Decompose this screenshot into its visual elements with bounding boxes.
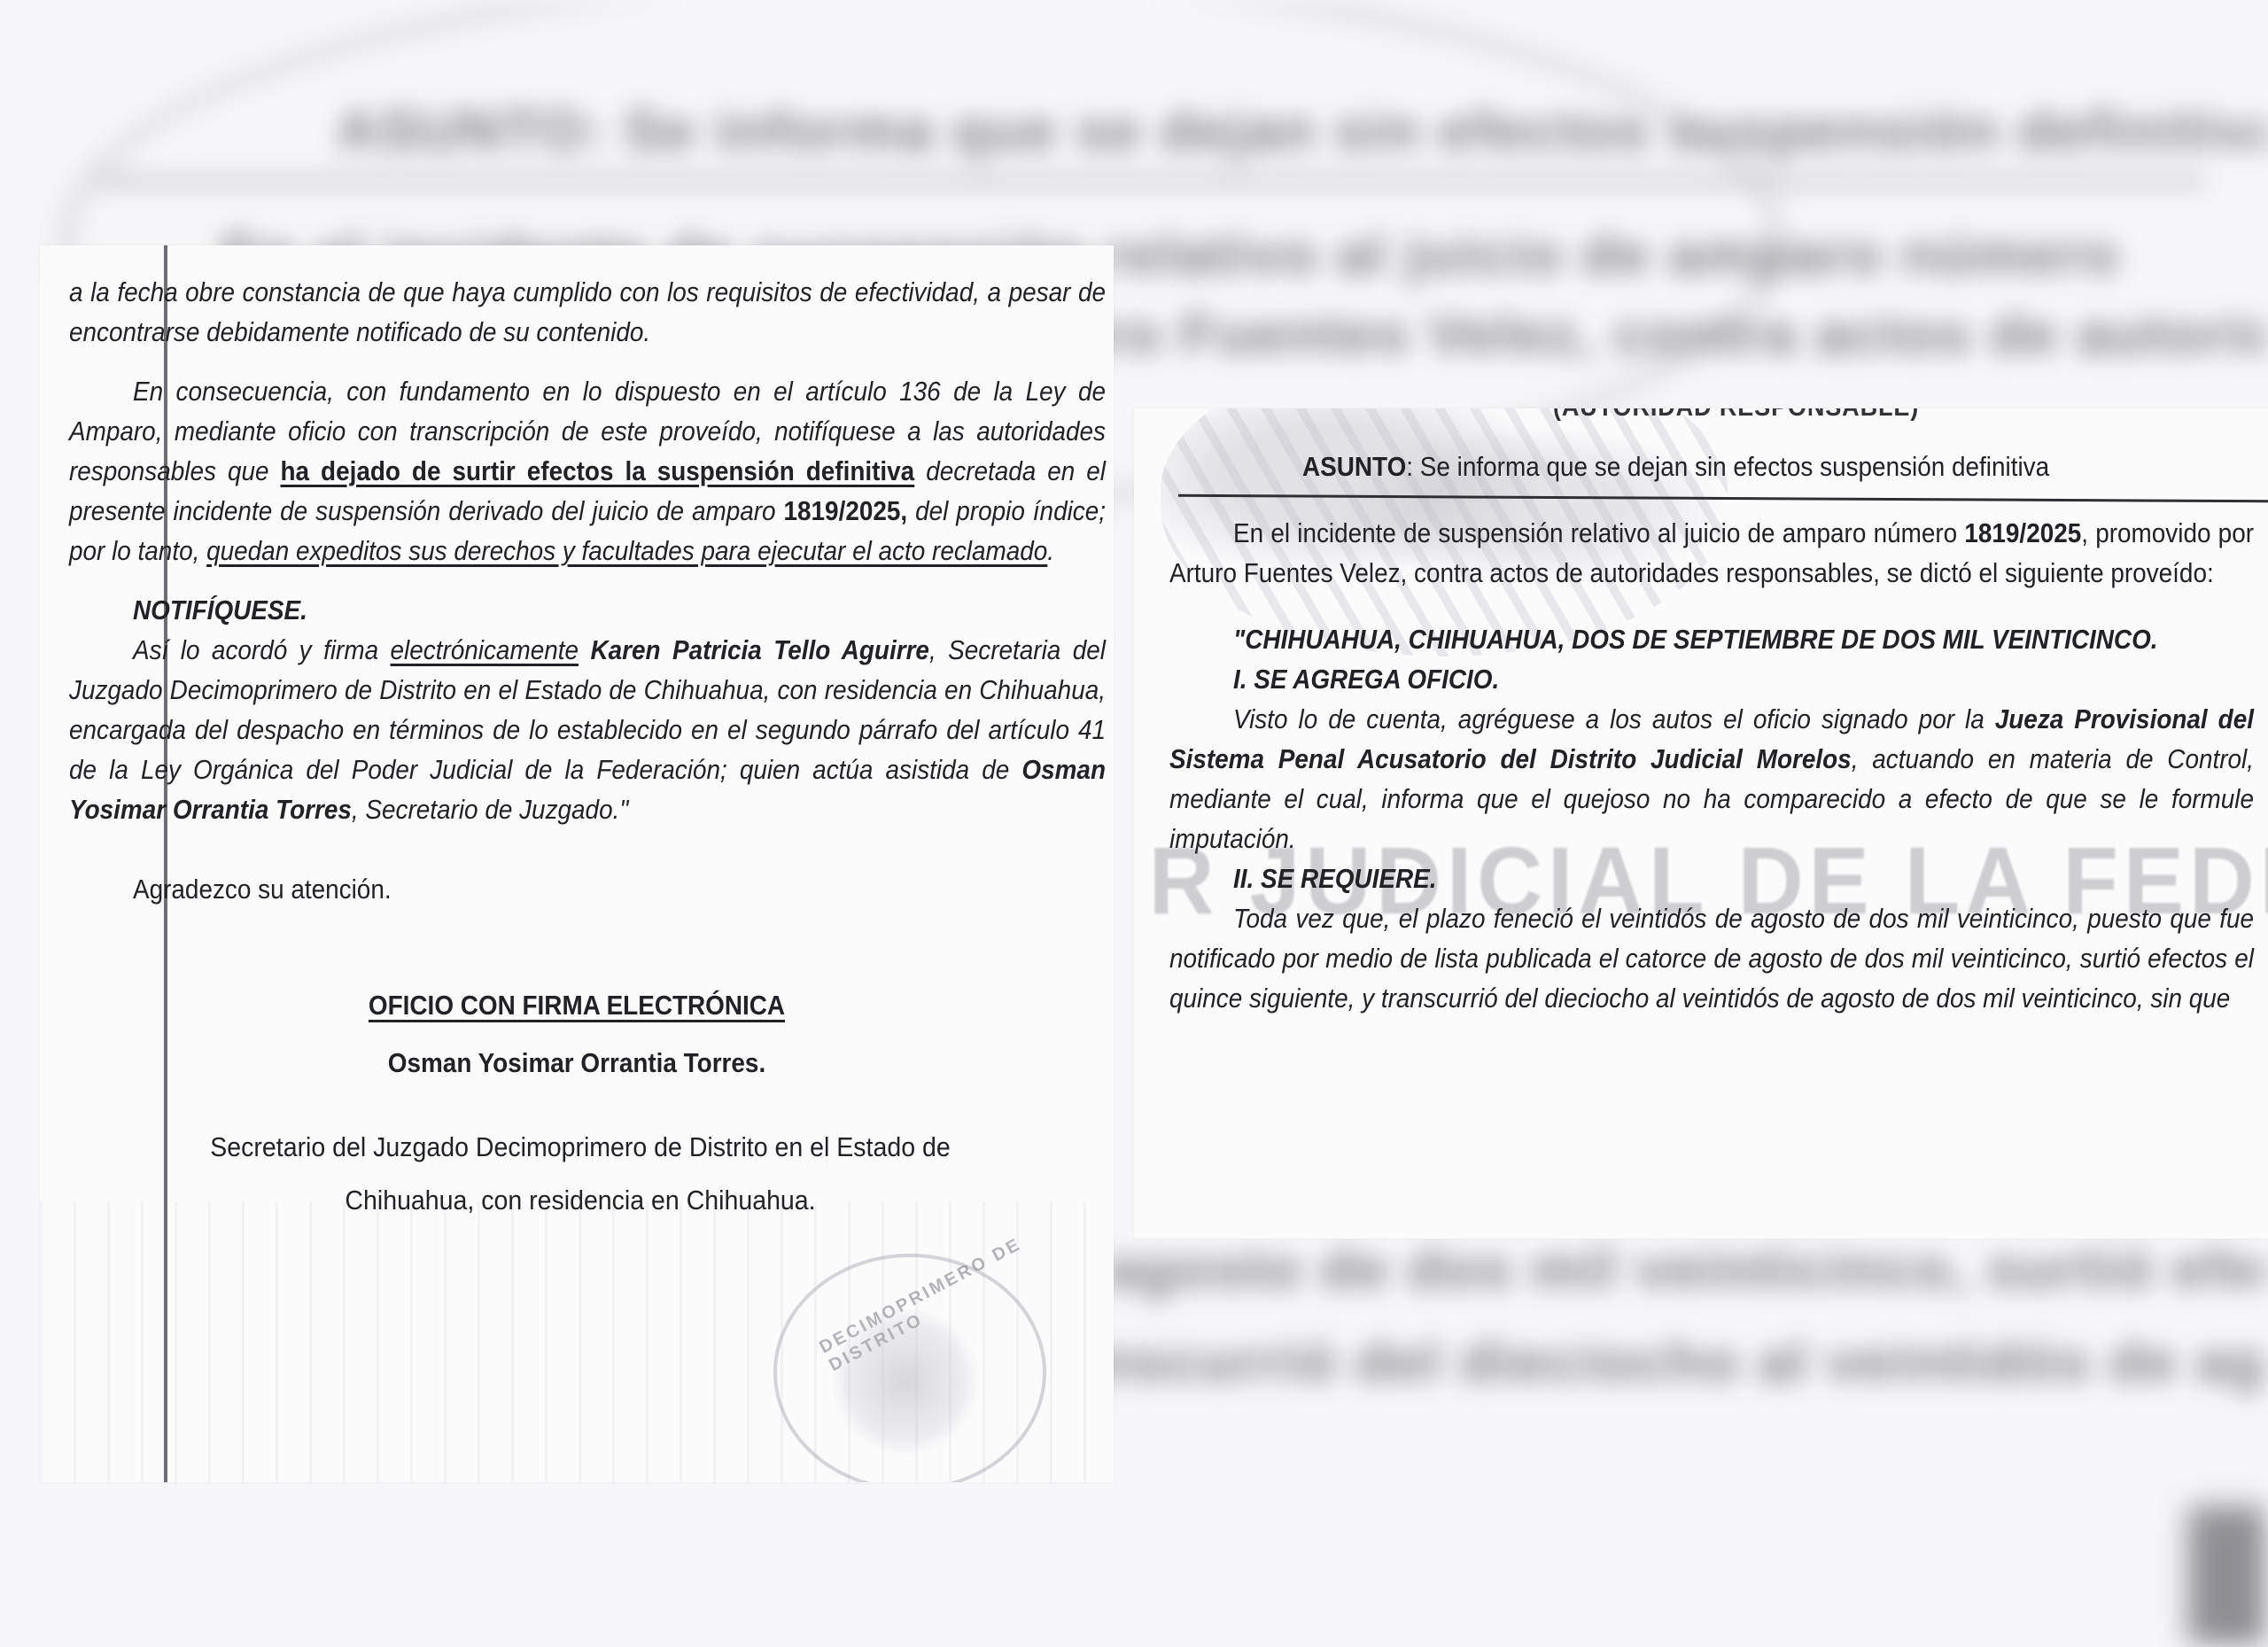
- highlight-derechos: quedan expeditos sus derechos y facultad…: [206, 535, 1047, 566]
- document-page-left: a la fecha obre constancia de que haya c…: [40, 245, 1114, 1482]
- paragraph-consecuencia: En consecuencia, con fundamento en lo di…: [69, 371, 1106, 571]
- signatory-role: Secretario del Juzgado Decimoprimero de …: [173, 1121, 988, 1227]
- case-number: 1819/2025: [1964, 517, 2081, 548]
- paragraph-acordo: Así lo acordó y firma electrónicamente K…: [69, 630, 1106, 829]
- paragraph-requisitos: a la fecha obre constancia de que haya c…: [69, 272, 1106, 352]
- right-body-text: En el incidente de suspensión relativo a…: [1169, 513, 2254, 1018]
- electronic-signature-term: electrónicamente: [391, 634, 579, 665]
- signature-title: OFICIO CON FIRMA ELECTRÓNICA: [94, 990, 1060, 1022]
- secretary-name: Karen Patricia Tello Aguirre: [579, 634, 929, 665]
- blurred-corner-shadow: [2188, 1506, 2268, 1647]
- date-heading: "CHIHUAHUA, CHIHUAHUA, DOS DE SEPTIEMBRE…: [1169, 619, 2254, 659]
- subject-line: ASUNTO: Se informa que se dejan sin efec…: [1302, 451, 2049, 483]
- court-seal-stamp: DECIMOPRIMERO DE DISTRITO: [773, 1254, 1046, 1482]
- notify-heading: NOTIFÍQUESE.: [69, 590, 1106, 630]
- subject-label: ASUNTO: [1302, 451, 1406, 482]
- addressee-heading: (AUTORIDAD RESPONSABLE): [1553, 408, 1919, 423]
- section-2-heading: II. SE REQUIERE.: [1169, 858, 2254, 898]
- blurred-line: transcurrió del dieciocho al veintidós d…: [1019, 1329, 2268, 1395]
- intro-paragraph: En el incidente de suspensión relativo a…: [1169, 513, 2254, 593]
- section-2-text: Toda vez que, el plazo feneció el veinti…: [1169, 898, 2254, 1018]
- document-page-right: R JUDICIAL DE LA FEDERACIÓN (AUTORIDAD R…: [1134, 408, 2268, 1239]
- subject-text: : Se informa que se dejan sin efectos su…: [1406, 451, 2049, 482]
- signatory-name: Osman Yosimar Orrantia Torres.: [94, 1047, 1060, 1079]
- blurred-rule: [97, 177, 2206, 186]
- seal-emblem-icon: [830, 1306, 981, 1457]
- section-1-text: Visto lo de cuenta, agréguese a los auto…: [1169, 699, 2254, 858]
- blurred-line: ASUNTO: Se informa que se dejan sin efec…: [337, 97, 2268, 163]
- blurred-line: de agosto de dos mil veinticinco, surtió…: [1019, 1236, 2268, 1301]
- left-body-text: a la fecha obre constancia de que haya c…: [69, 272, 1106, 909]
- highlight-suspension: ha dejado de surtir efectos la suspensió…: [280, 455, 914, 486]
- case-number: 1819/2025,: [784, 495, 908, 526]
- closing-line: Agradezco su atención.: [69, 869, 1106, 909]
- section-1-heading: I. SE AGREGA OFICIO.: [1169, 659, 2254, 699]
